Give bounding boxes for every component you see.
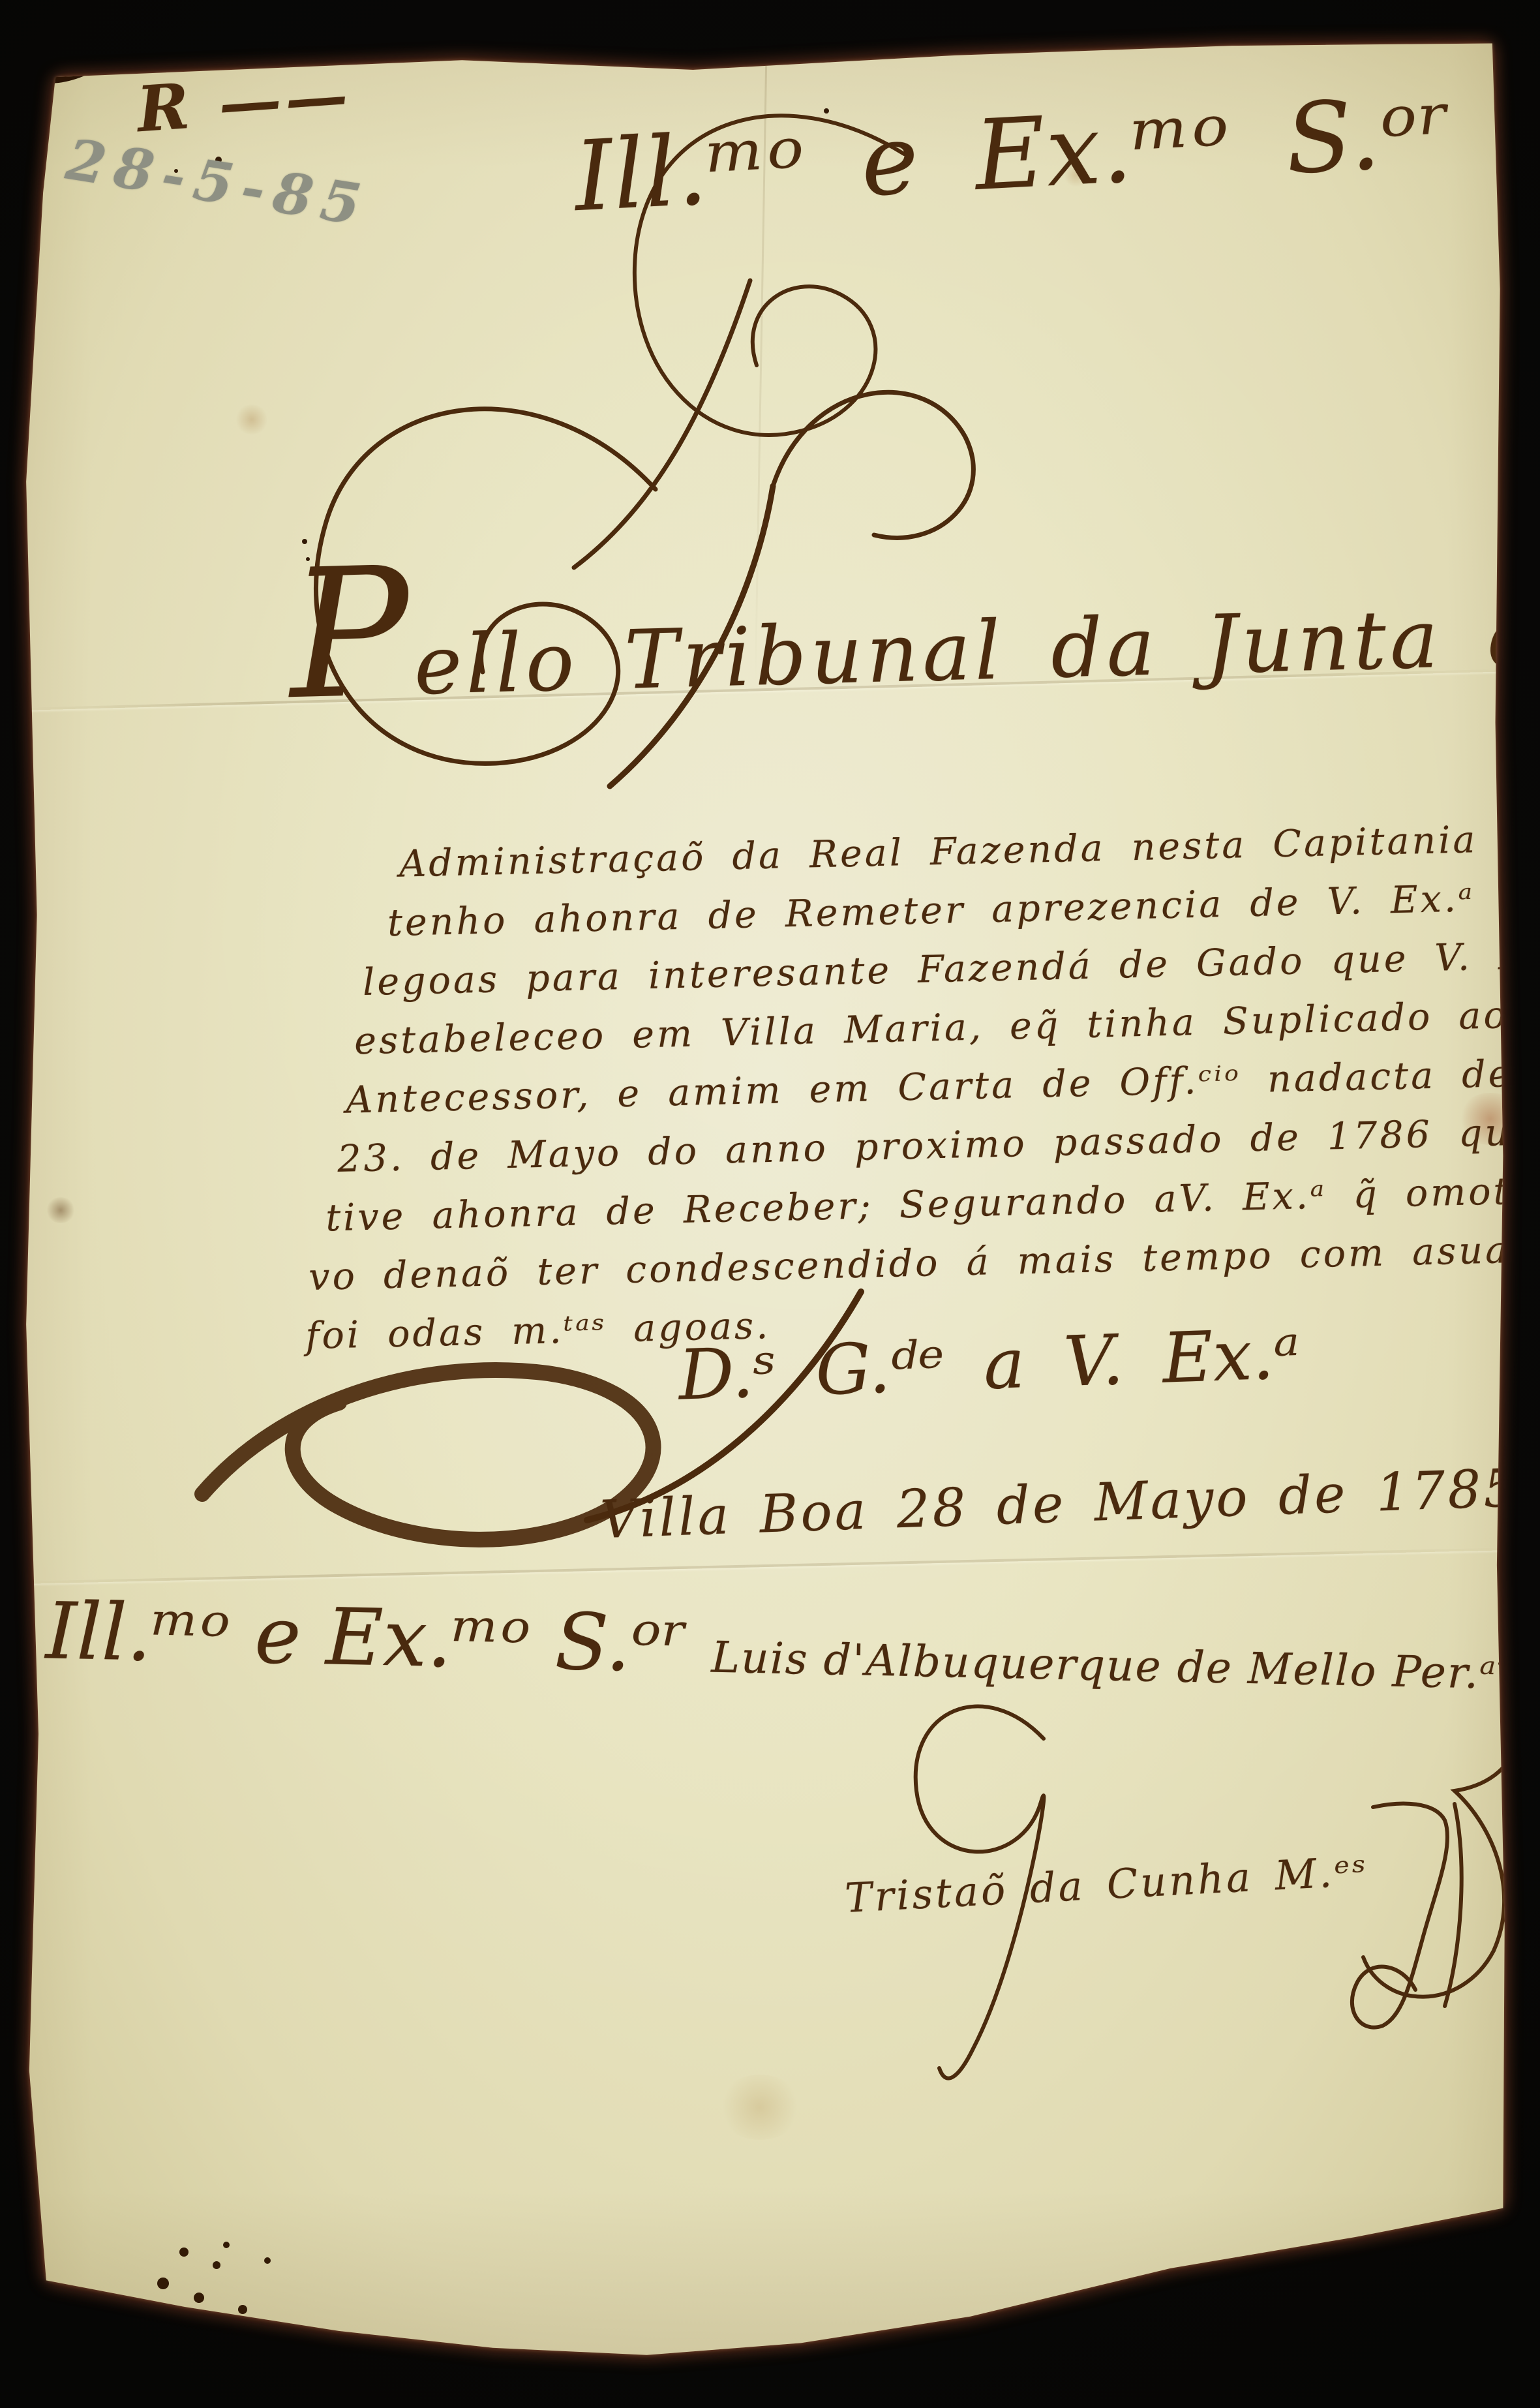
signature-paraph (1352, 1804, 1447, 2028)
pencil-archive-date: 28-5-85 (62, 127, 374, 239)
opening-line: Pello Tribunal da Junta da (290, 593, 1540, 712)
stain-spot (46, 1197, 76, 1223)
stain-spot (235, 404, 269, 434)
addressee-name: Luis d'Albuquerque de Mello Per.ᵃ e Cace… (711, 1632, 1540, 1704)
caceres-tail-flourish (1363, 1664, 1520, 1997)
stain-spot (717, 2075, 802, 2140)
fold-crease-horizontal-bottom (26, 1547, 1507, 1584)
paper-chip-mark (31, 40, 112, 91)
registry-ink-mark: R —— (134, 58, 354, 147)
salutation-flourish-descender (574, 281, 750, 568)
paper-shadow-wrap: R —— 28-5-85 Ill.ᵐᵒ e Ex.ᵐᵒ S.ᵒʳ Pello T… (0, 0, 1540, 2408)
place-date-line: Villa Boa 28 de Mayo de 1785. (599, 1457, 1539, 1550)
salutation-line: Ill.ᵐᵒ e Ex.ᵐᵒ S.ᵒʳ (571, 75, 1455, 233)
letter-page: R —— 28-5-85 Ill.ᵐᵒ e Ex.ᵐᵒ S.ᵒʳ Pello T… (0, 0, 1540, 2408)
addressee-line: Ill.ᵐᵒ e Ex.ᵐᵒ S.ᵒʳ Luis d'Albuquerque d… (45, 1586, 1527, 1708)
letter-body: Administraçaõ da Real Fazenda nesta Capi… (291, 810, 1529, 1365)
signature-name: Tristaõ da Cunha M.ᵉˢ (844, 1847, 1370, 1922)
closing-swash-thick (202, 1370, 654, 1540)
addressee-honorific: Ill.ᵐᵒ e Ex.ᵐᵒ S.ᵒʳ (45, 1586, 689, 1690)
photo-background: R —— 28-5-85 Ill.ᵐᵒ e Ex.ᵐᵒ S.ᵒʳ Pello T… (0, 0, 1540, 2408)
initial-p-top-loop (773, 392, 973, 538)
signature-paraph-stroke (1445, 1804, 1462, 2006)
